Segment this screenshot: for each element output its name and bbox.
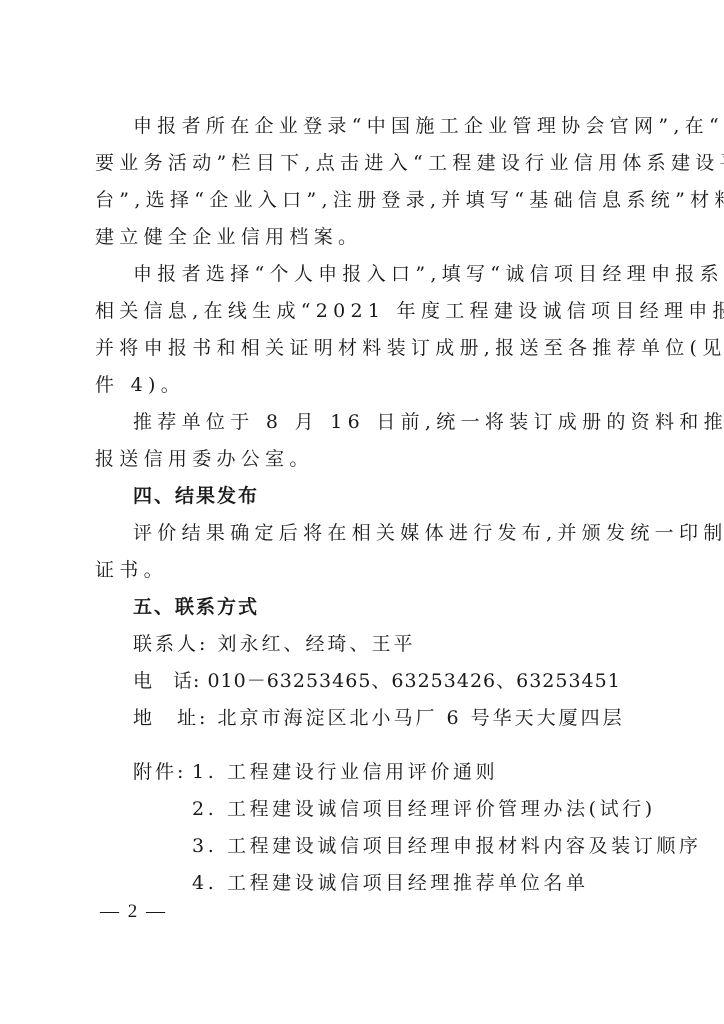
attachment-item-4: 4. 工程建设诚信项目经理推荐单位名单 (192, 871, 589, 895)
paragraph-1-line-3: 台”,选择“企业入口”,注册登录,并填写“基础信息系统”材料, (95, 188, 635, 212)
attachment-item-1: 1. 工程建设行业信用评价通则 (192, 760, 498, 784)
contact-person: 联系人: 刘永红、经琦、王平 (133, 632, 673, 656)
attachment-item-2: 2. 工程建设诚信项目经理评价管理办法(试行) (192, 797, 656, 821)
paragraph-1-line-1: 申报者所在企业登录“中国施工企业管理协会官网”,在“主 (133, 114, 633, 138)
attachment-item-3: 3. 工程建设诚信项目经理申报材料内容及装订顺序 (192, 834, 702, 858)
paragraph-2-line-2: 相关信息,在线生成“2021 年度工程建设诚信项目经理申报书”, (95, 299, 635, 323)
paragraph-3-line-1: 推荐单位于 8 月 16 日前,统一将装订成册的资料和推荐函, (133, 410, 633, 434)
page-number: — 2 — (100, 900, 167, 924)
paragraph-1-line-4: 建立健全企业信用档案。 (95, 225, 635, 249)
paragraph-2-line-4: 件 4)。 (95, 373, 635, 397)
section-5-heading: 五、联系方式 (133, 595, 673, 619)
section-4-heading: 四、结果发布 (133, 484, 673, 508)
section-4-line-2: 证书。 (95, 558, 635, 582)
paragraph-2-line-3: 并将申报书和相关证明材料装订成册,报送至各推荐单位(见附 (95, 336, 635, 360)
attachments-label: 附件: (133, 760, 186, 784)
document-page: 申报者所在企业登录“中国施工企业管理协会官网”,在“主 要业务活动”栏目下,点击… (0, 0, 724, 1024)
paragraph-1-line-2: 要业务活动”栏目下,点击进入“工程建设行业信用体系建设平 (95, 151, 635, 175)
contact-address: 地 址: 北京市海淀区北小马厂 6 号华天大厦四层 (133, 706, 673, 730)
contact-phone: 电 话: 010－63253465、63253426、63253451 (133, 669, 673, 693)
paragraph-2-line-1: 申报者选择“个人申报入口”,填写“诚信项目经理申报系统” (133, 262, 633, 286)
paragraph-3-line-2: 报送信用委办公室。 (95, 447, 635, 471)
section-4-line-1: 评价结果确定后将在相关媒体进行发布,并颁发统一印制的 (133, 521, 633, 545)
